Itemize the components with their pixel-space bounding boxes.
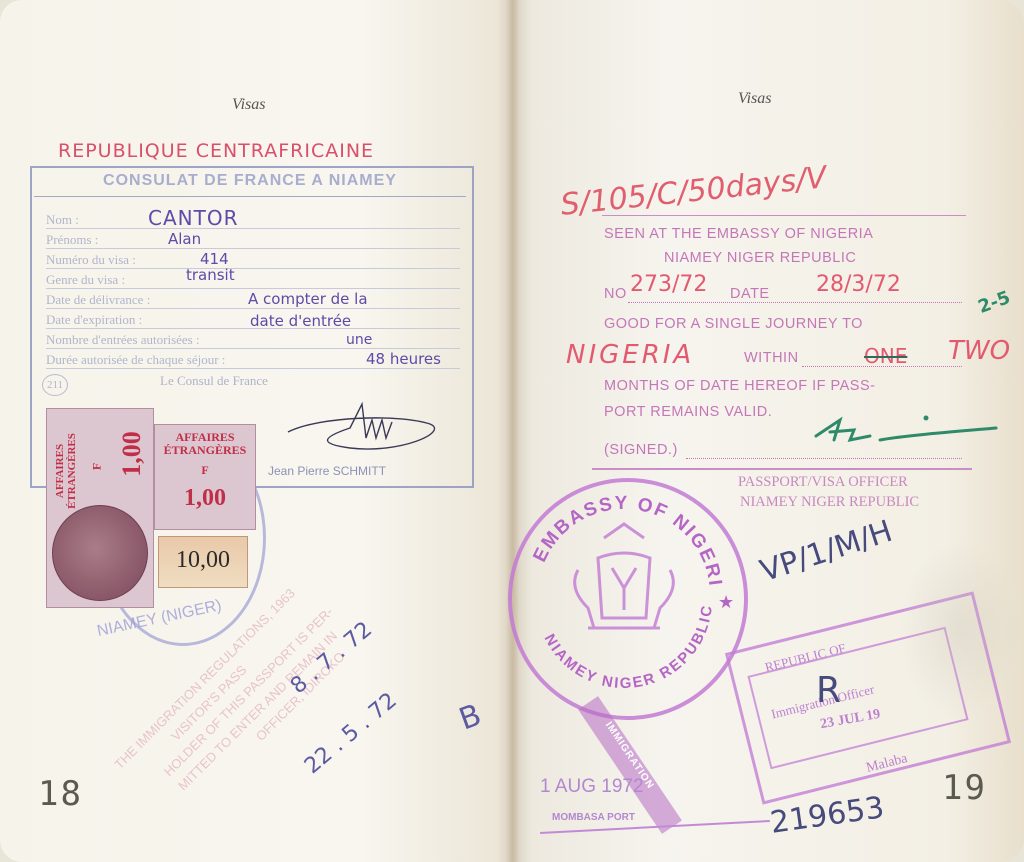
struck-duration: ONE [864, 344, 907, 368]
fiscal-stamp-label: AFFAIRES ÉTRANGÈRES [54, 416, 78, 526]
coat-of-arms-icon [575, 524, 674, 628]
fiscal-stamp: AFFAIRES ÉTRANGÈRES F 1,00 [154, 424, 256, 530]
field-nombre-entrees: Nombre d'entrées autorisées : [46, 332, 460, 349]
visa-stamp-line: PORT REMAINS VALID. [604, 404, 772, 420]
dotted-line [628, 302, 962, 303]
consul-signature [280, 398, 450, 458]
field-genre: Genre du visa : [46, 272, 460, 289]
svg-text:EMBASSY OF NIGERIA: EMBASSY OF NIGERIA [508, 478, 726, 589]
visa-date-value: 28/3/72 [816, 272, 901, 297]
coin-emblem [52, 505, 148, 601]
page-header: Visas [232, 96, 265, 114]
fiscal-stamp-currency: F [159, 463, 251, 478]
visa-stamp-line: MONTHS OF DATE HEREOF IF PASS- [604, 378, 875, 394]
handwritten-validity-2: date d'entrée [250, 312, 351, 330]
book-gutter [506, 0, 520, 862]
page-number: 19 [942, 768, 987, 808]
handwritten-date-2: 22 . 5 . 72 [300, 688, 402, 779]
field-label: Nom : [46, 212, 79, 227]
fiscal-stamp-currency: F [90, 457, 105, 477]
page-header: Visas [738, 90, 771, 108]
divider [592, 468, 972, 470]
handwritten-initial: R [816, 670, 841, 711]
embossed-seal [900, 540, 1020, 720]
field-nom: Nom : [46, 212, 460, 229]
visa-stamp-line: SEEN AT THE EMBASSY OF NIGERIA [604, 226, 873, 242]
signatory-name: Jean Pierre SCHMITT [268, 464, 386, 478]
handwritten-visa-type: transit [186, 266, 235, 284]
seal-top-text: EMBASSY OF NIGERIA [508, 478, 726, 589]
visa-number-label: NO [604, 286, 627, 302]
fiscal-stamp-label: AFFAIRES ÉTRANGÈRES [159, 431, 251, 457]
page-number: 18 [38, 774, 83, 814]
handwritten-surname: CANTOR [148, 206, 238, 230]
consul-label: Le Consul de France [160, 373, 268, 389]
officer-location: NIAMEY NIGER REPUBLIC [740, 494, 919, 511]
star-icon: ★ [718, 592, 734, 613]
seal-bottom-text: NIAMEY NIGER REPUBLIC [541, 603, 716, 692]
fiscal-stamp-value: 1,00 [117, 409, 147, 499]
field-label: Date d'expiration : [46, 312, 142, 327]
fiscal-stamp-value: 10,00 [159, 547, 247, 574]
stamp-number: 211 [42, 374, 68, 396]
field-label: Prénoms : [46, 232, 98, 247]
officer-title: PASSPORT/VISA OFFICER [738, 474, 908, 491]
handwritten-first-name: Alan [168, 230, 201, 248]
embassy-seal-text: EMBASSY OF NIGERIA NIAMEY NIGER REPUBLIC… [508, 478, 740, 712]
visa-stamp-line: NIAMEY NIGER REPUBLIC [664, 250, 856, 266]
country-heading: REPUBLIQUE CENTRAFRICAINE [58, 140, 374, 162]
field-numero: Numéro du visa : [46, 252, 460, 269]
within-label: WITHIN [744, 350, 799, 366]
handwritten-validity-1: A compter de la [248, 290, 368, 308]
handwritten-initial: B [455, 698, 486, 738]
handwritten-entries: une [346, 332, 372, 348]
dotted-line [686, 458, 962, 459]
visa-duration: TWO [948, 336, 1010, 366]
field-label: Genre du visa : [46, 272, 125, 287]
consulate-stamp-title: CONSULAT DE FRANCE A NIAMEY [30, 172, 470, 190]
visa-number-value: 273/72 [630, 272, 707, 297]
divider [34, 196, 466, 197]
visa-date-label: DATE [730, 286, 770, 302]
handwritten-duration: 48 heures [366, 350, 441, 368]
officer-signature [810, 410, 1000, 450]
field-label: Date de délivrance : [46, 292, 150, 307]
entry-port: MOMBASA PORT [552, 812, 635, 823]
visa-stamp-line: GOOD FOR A SINGLE JOURNEY TO [604, 316, 863, 332]
field-label: Durée autorisée de chaque séjour : [46, 352, 225, 367]
svg-text:NIAMEY NIGER REPUBLIC: NIAMEY NIGER REPUBLIC [541, 603, 716, 692]
visa-destination: NIGERIA [566, 340, 694, 370]
field-label: Numéro du visa : [46, 252, 136, 267]
fiscal-stamp-value: 1,00 [159, 485, 251, 512]
field-label: Nombre d'entrées autorisées : [46, 332, 200, 347]
field-prenoms: Prénoms : [46, 232, 460, 249]
divider [602, 215, 966, 216]
fiscal-stamp: 10,00 [158, 536, 248, 588]
left-page: Visas REPUBLIQUE CENTRAFRICAINE CONSULAT… [0, 0, 512, 862]
signed-label: (SIGNED.) [604, 442, 678, 458]
entry-date: 1 AUG 1972 [540, 776, 644, 798]
